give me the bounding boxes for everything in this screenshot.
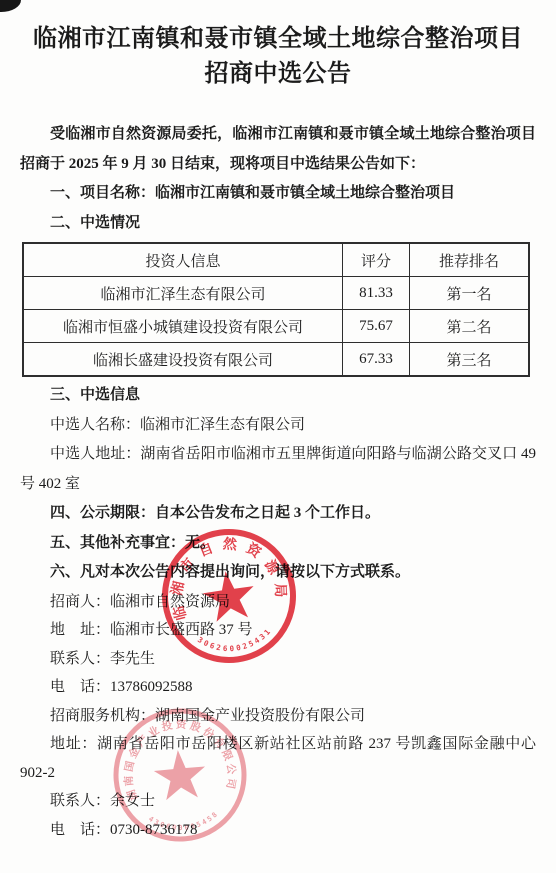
agency-phone-line: 电 话：0730-8736178	[20, 816, 536, 845]
cell-rank: 第三名	[410, 343, 530, 377]
header-cell-rank: 推荐排名	[410, 243, 530, 277]
scan-corner-artifact	[0, 0, 21, 12]
table-row: 临湘市汇泽生态有限公司 81.33 第一名	[23, 277, 529, 310]
cell-score: 75.67	[343, 310, 410, 343]
winner-name-line: 中选人名称：临湘市汇泽生态有限公司	[20, 411, 536, 441]
agency-person-line: 联系人：余女士	[20, 787, 536, 816]
header-cell-investor: 投资人信息	[23, 243, 343, 277]
agency-org-line: 招商服务机构：湖南国金产业投资股份有限公司	[20, 702, 536, 731]
section-heading-publicity-period: 四、公示期限：自本公告发布之日起 3 个工作日。	[20, 499, 536, 529]
cell-score: 67.33	[343, 343, 410, 377]
cell-rank: 第二名	[410, 310, 530, 343]
cell-score: 81.33	[343, 277, 410, 310]
cell-rank: 第一名	[410, 277, 530, 310]
cell-investor: 临湘市汇泽生态有限公司	[23, 277, 343, 310]
inviter-person-line: 联系人：李先生	[20, 645, 536, 674]
title-line-1: 临湘市江南镇和聂市镇全域土地综合整治项目	[33, 26, 523, 52]
selection-result-table: 投资人信息 评分 推荐排名 临湘市汇泽生态有限公司 81.33 第一名 临湘市恒…	[22, 242, 530, 377]
table-row: 临湘长盛建设投资有限公司 67.33 第三名	[23, 343, 529, 377]
document-title: 临湘市江南镇和聂市镇全域土地综合整治项目 招商中选公告	[20, 22, 536, 92]
section-heading-selection-result: 二、中选情况	[20, 209, 536, 239]
section-heading-winner-info: 三、中选信息	[20, 381, 536, 411]
section-heading-contact-info: 六、凡对本次公告内容提出询问，请按以下方式联系。	[20, 558, 536, 588]
section-heading-project-name: 一、项目名称：临湘市江南镇和聂市镇全域土地综合整治项目	[20, 179, 536, 209]
inviter-phone-line: 电 话：13786092588	[20, 673, 536, 702]
winner-address-line: 中选人地址：湖南省岳阳市临湘市五里牌街道向阳路与临湖公路交叉口 49 号 402…	[20, 440, 536, 499]
intro-paragraph: 受临湘市自然资源局委托，临湘市江南镇和聂市镇全域土地综合整治项目招商于 2025…	[20, 120, 536, 179]
table-header-row: 投资人信息 评分 推荐排名	[23, 243, 529, 277]
header-cell-score: 评分	[343, 243, 410, 277]
table-row: 临湘市恒盛小城镇建设投资有限公司 75.67 第二名	[23, 310, 529, 343]
cell-investor: 临湘长盛建设投资有限公司	[23, 343, 343, 377]
scanned-announcement-page: 临湘市江南镇和聂市镇全域土地综合整治项目 招商中选公告 受临湘市自然资源局委托，…	[0, 0, 556, 873]
inviter-org-line: 招商人：临湘市自然资源局	[20, 588, 536, 617]
inviter-address-line: 地 址：临湘市长盛西路 37 号	[20, 616, 536, 645]
document-body: 临湘市江南镇和聂市镇全域土地综合整治项目 招商中选公告 受临湘市自然资源局委托，…	[20, 22, 536, 844]
title-line-2: 招商中选公告	[205, 61, 352, 87]
cell-investor: 临湘市恒盛小城镇建设投资有限公司	[23, 310, 343, 343]
agency-address-line: 地址：湖南省岳阳市岳阳楼区新站社区站前路 237 号凯鑫国际金融中心 902-2	[20, 730, 536, 787]
section-heading-other-matters: 五、其他补充事宜：无。	[20, 529, 536, 559]
